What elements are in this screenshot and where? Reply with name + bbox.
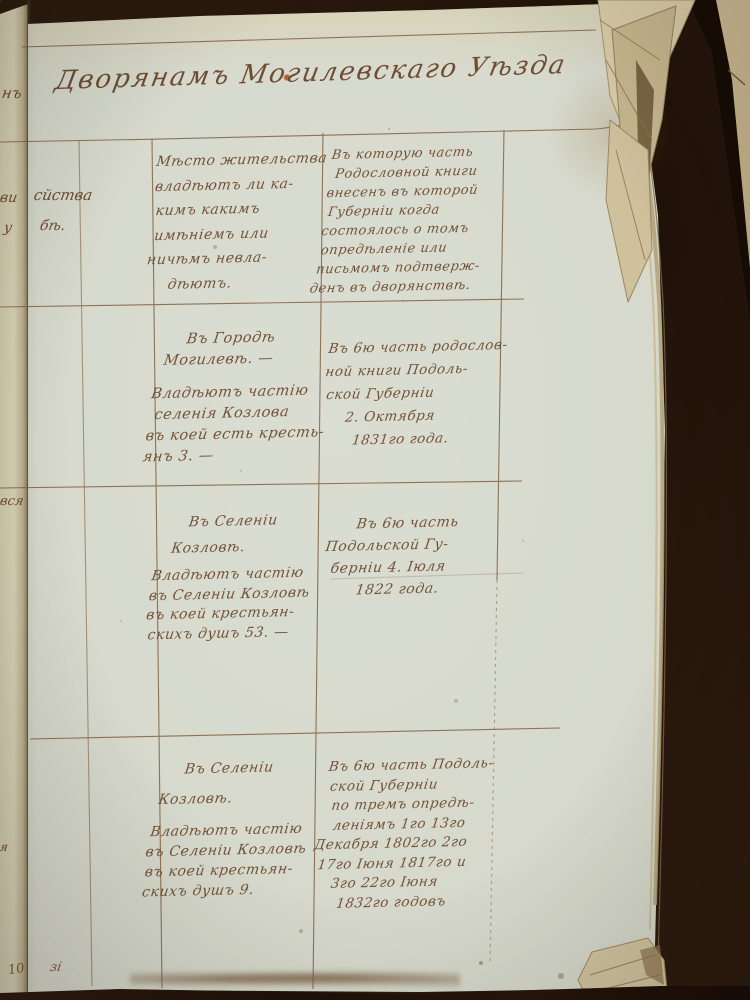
margin-fragment: вся — [0, 494, 25, 509]
handwritten-line: Могилевѣ. — — [162, 347, 336, 372]
handwritten-line: 1832го годовъ — [335, 891, 477, 914]
margin-fragment: ви — [0, 190, 19, 206]
entry-3-residence: Въ Селеніи Козловѣ. Владѣютъ частію въ С… — [141, 756, 319, 902]
handwritten-line: Въ 6ю часть Подоль- — [327, 754, 495, 777]
handwritten-line: скихъ душъ 53. — — [146, 622, 305, 645]
handwritten-line: берніи 4. Іюля — [329, 555, 454, 580]
handwritten-line: Въ 6ю часть — [355, 511, 460, 535]
handwritten-line: янъ 3. — — [141, 443, 323, 468]
handwritten-line: въ коей крестьян- — [143, 859, 305, 883]
handwritten-line: Въ 6ю часть родослов- — [327, 334, 509, 361]
handwritten-line: скихъ душъ 9. — [141, 879, 303, 903]
handwritten-line: внесенъ въ которой — [325, 180, 491, 203]
archival-photo: Дворянамъ Могилевскаго Уѣзда Мѣсто жител… — [0, 0, 750, 1000]
handwritten-line: Козловѣ. — [157, 786, 315, 810]
crumpled-page-corner-top — [598, 0, 695, 302]
header-cell-record-book: Въ которую часть Родословной книги внесе… — [312, 142, 496, 298]
header-cell-residence: Мѣсто жительства владѣютъ ли ка- кимъ ка… — [138, 146, 329, 297]
handwritten-line: Владѣютъ частію — [150, 380, 332, 405]
handwritten-line: денъ въ дворянствѣ. — [308, 276, 478, 299]
handwritten-line: Подольской Гу- — [324, 533, 457, 558]
handwritten-line: состоялось о томъ — [320, 219, 486, 242]
entry-3-record: Въ 6ю часть Подоль- ской Губерніи по тре… — [305, 754, 495, 914]
entry-2-record: Въ 6ю часть Подольской Гу- берніи 4. Іюл… — [318, 511, 460, 602]
handwritten-line: Козловѣ. — [170, 536, 317, 559]
entry-1-record: Въ 6ю часть родослов- ной книги Подоль- … — [314, 334, 509, 453]
entry-1-residence: Въ Городѣ Могилевѣ. — Владѣютъ частію се… — [141, 326, 338, 469]
margin-fragment: нъ — [0, 84, 23, 102]
folio-number-left: 10 — [7, 961, 25, 978]
entry-2-residence: Въ Селеніи Козловѣ. Владѣютъ частію въ С… — [142, 510, 321, 645]
margin-fragment: бѣ. — [39, 218, 67, 234]
handwritten-line: дѣютъ. — [166, 269, 312, 297]
handwritten-line: Въ Селеніи — [187, 510, 320, 533]
handwritten-line: 1831го года. — [350, 426, 496, 452]
handwritten-line: 1822 года. — [354, 577, 451, 601]
handwritten-line: Мѣсто жительства — [155, 146, 329, 174]
handwritten-line: 17го Іюня 1817го и — [316, 852, 482, 875]
handwritten-line: Въ Селеніи — [183, 756, 319, 779]
pen-mark-on-adjacent-sheet — [728, 70, 745, 85]
handwritten-line: имѣніемъ или — [153, 220, 319, 248]
margin-fragment: сйства — [32, 186, 94, 204]
handwritten-line: въ коей есть кресть- — [144, 422, 326, 447]
